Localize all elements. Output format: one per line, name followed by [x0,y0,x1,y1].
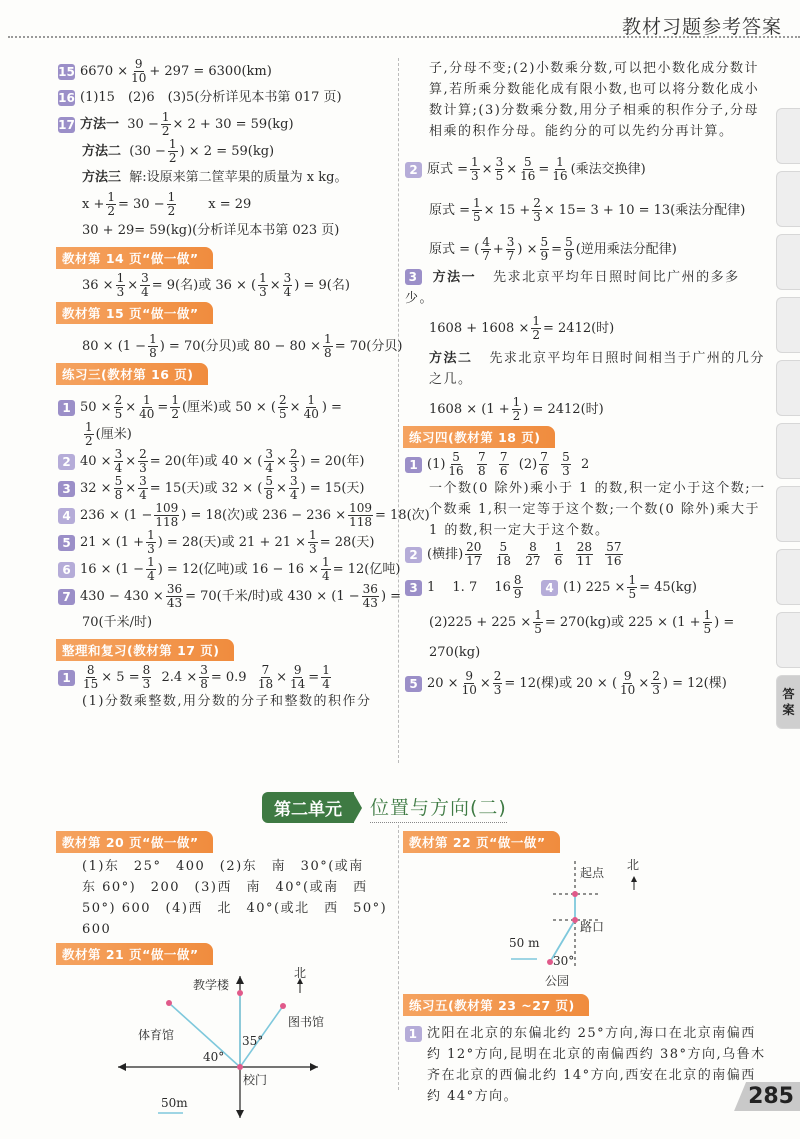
tab-label: 案 [782,702,794,718]
text: ) × [517,237,537,263]
label-angle-30: 30° [553,954,574,968]
review-paragraph-continued: 子,分母不变;(2)小数乘分数,可以把小数化成分数计算,若所乘分数能化成有限小数… [405,58,767,142]
text: ) = [381,584,401,610]
section-banner-p14: 教材第 14 页“做一做” [56,247,213,269]
review-item-2-line1: 2 原式 = 13× 35× 516= 116 (乘法交换律) [405,156,767,183]
column-divider [398,825,399,1090]
text: = [551,237,562,263]
label-teaching-building: 教学楼 [193,976,229,993]
ex3-item-6: 6 16 × (1 − 14 ) = 12(亿吨)或 16 − 16 × 14 … [58,556,390,583]
text: 原式 = [427,157,468,183]
text: (厘米) [96,422,132,448]
p15-answer: 80 × (1 − 18 ) = 70(分贝)或 80 − 80 × 18 = … [58,333,390,360]
side-tab-answers[interactable]: 答 案 [776,675,800,729]
side-tab[interactable] [776,297,800,353]
text: ) = 12(棵) [663,671,727,697]
ex3-4-badge: 4 [58,508,75,524]
fraction: 13 [258,272,268,299]
text: × 5 = [101,665,139,691]
text: = 12(棵)或 20 × ( [504,671,617,697]
fraction: 12 [106,191,116,218]
text: 1 1. 7 16 [427,575,511,601]
side-tab[interactable] [776,423,800,479]
side-tab[interactable] [776,234,800,290]
label-crossing: 路口 [580,918,604,935]
ex3-7-badge: 7 [58,589,75,605]
text: = 12(亿吨) [333,557,401,583]
text: = 30 − [118,192,165,218]
section-banner-p15: 教材第 15 页“做一做” [56,302,213,324]
text: = 270(kg)或 225 × (1 + [545,610,701,636]
ex4-item-3-4: 3 1 1. 7 16 89 4 (1) 225 × 15 = 45(kg) [405,574,767,601]
q17-number-badge: 17 [58,117,75,133]
unit-arrow-icon [354,794,362,822]
text: ) = 28(天)或 21 + 21 × [158,530,306,556]
fraction: 12 [167,191,177,218]
ex3-item-7: 7 430 − 430 × 3643 = 70(千米/时)或 430 × (1 … [58,583,390,610]
review-paragraph: (1)分数乘整数,用分数的分子和整数的积作分 [58,691,390,717]
side-tab[interactable] [776,486,800,542]
q17-method1: 17 方法一 30 − 12 × 2 + 30 = 59(kg) [58,111,390,138]
fraction: 910 [130,58,147,85]
text: (乘法交换律) [571,157,646,183]
text: (1)15 (2)6 (3)5(分析详见本书第 017 页) [80,85,342,111]
text: ) = 2412(时) [523,397,603,423]
review-item-2-line3: 原式 = ( 47+ 37 ) × 59 = 59 (逆用乘法分配律) [405,236,767,263]
text: (2) [519,452,537,478]
ex4-item-1-paragraph: 一个数(0 除外)乘小于 1 的数,积一定小于这个数;一个数乘 1,积一定等于这… [405,478,767,541]
section-banner-ex4: 练习四(教材第 18 页) [403,426,555,448]
q16-number-badge: 16 [58,90,75,106]
label-gym: 体育馆 [138,1026,174,1043]
text: = 3 + 10 = 13(乘法分配律) [575,198,745,224]
ex3-item-3: 3 32 ×58×34 = 15(天)或 32 × ( 58×34 ) = 15… [58,475,390,502]
method-label: 方法三 [82,165,121,191]
text: ) = 18(次)或 236 − 236 × [181,503,346,529]
p20-answer: (1)东 25° 400 (2)东 南 30°(或南 东 60°) 200 (3… [58,856,390,940]
side-tab[interactable] [776,171,800,227]
p22-diagram: 起点 北 路口 30° 公园 50 m [405,856,767,991]
text: (厘米)或 50 × ( [182,395,276,421]
text: 30 − [127,112,159,138]
ex5-1-text: 沈阳在北京的东偏北约 25°方向,海口在北京南偏西约 12°方向,昆明在北京的南… [427,1023,767,1107]
q15: 15 6670 × 910 + 297 = 6300(km) [58,58,390,85]
label-scale: 50m [161,1096,188,1110]
review-3-badge: 3 [405,269,422,285]
text: 236 × (1 − [80,503,152,529]
text: 原式 = ( [429,237,479,263]
text: 解:设原来第二筐苹果的质量为 x kg。 [129,165,347,191]
q17-equation: x + 12 = 30 − 12 x = 29 [58,191,390,218]
text: ) = 9(名) [294,273,350,299]
header-rule [8,36,800,38]
review-item-1: 1 815 × 5 = 83 2.4 × 38 = 0.9 718 × 914 … [58,664,390,691]
side-tab[interactable] [776,108,800,164]
text: 16 × (1 − [80,557,144,583]
text: (30 − [129,139,166,165]
ex4-item-4-wrap: 270(kg) [405,640,767,666]
ex3-1-badge: 1 [58,400,75,416]
method-label: 方法一 [80,112,119,138]
label-angle-35: 35° [242,1034,263,1048]
label-angle-40: 40° [203,1050,224,1064]
text: × [127,273,138,299]
review-item-2-line2: 原式 = 15× 15 + 23× 15 = 3 + 10 = 13(乘法分配律… [405,197,767,224]
fraction: 34 [283,272,293,299]
section-banner-p22: 教材第 22 页“做一做” [403,831,560,853]
unit-title: 第二单元 位置与方向(二) [262,792,507,823]
text: 80 × (1 − [82,334,146,360]
review-item-3-eq1: 1608 + 1608 × 12 = 2412(时) [405,315,767,342]
tab-label: 答 [782,686,794,702]
ex5-1-badge: 1 [405,1026,422,1042]
method-label: 方法二 [82,139,121,165]
q15-number-badge: 15 [58,64,75,80]
text: = 20(年)或 40 × ( [150,449,263,475]
ex4-5-badge: 5 [405,676,422,692]
ex5-item-1: 1 沈阳在北京的东偏北约 25°方向,海口在北京南偏西约 12°方向,昆明在北京… [405,1023,767,1107]
q16: 16 (1)15 (2)6 (3)5(分析详见本书第 017 页) [58,85,390,111]
review-2-badge: 2 [405,162,422,178]
ex3-item-7-wrap: 70(千米/时) [58,610,390,636]
label-scale: 50 m [509,936,539,950]
text: + 297 = 6300(km) [149,59,271,85]
q17-method3: 方法三 解:设原来第二筐苹果的质量为 x kg。 [58,165,390,191]
section-banner-p21: 教材第 21 页“做一做” [56,943,213,965]
ex4-4-badge: 4 [541,580,558,596]
ex3-item-4: 4 236 × (1 − 109118 ) = 18(次)或 236 − 236… [58,502,390,529]
label-library: 图书馆 [288,1013,324,1030]
section-banner-review: 整理和复习(教材第 17 页) [56,639,234,661]
section-banner-p20: 教材第 20 页“做一做” [56,831,213,853]
unit-name: 位置与方向(二) [370,793,507,823]
fraction: 18 [323,333,333,360]
ex3-item-2: 2 40 ×34×23 = 20(年)或 40 × ( 34×23 ) = 20… [58,448,390,475]
text: × [270,273,281,299]
q17-method2: 方法二 (30 − 12 ) × 2 = 59(kg) [58,138,390,165]
text: ) × 2 = 59(kg) [180,139,275,165]
text: × 2 + 30 = 59(kg) [173,112,294,138]
method-label: 方法二 [429,351,473,366]
review-1-badge: 1 [58,670,75,686]
text: x = 29 [208,192,251,218]
ex4-2-badge: 2 [405,547,422,563]
ex3-item-5: 5 21 × (1 + 13 ) = 28(天)或 21 + 21 × 13 =… [58,529,390,556]
fraction: 12 [168,138,178,165]
unit2-right: 教材第 22 页“做一做” 起点 北 路口 30° 公园 50 m 练习五(教材… [405,828,767,1107]
method-label: 方法一 [433,270,477,285]
text: = 28(天) [320,530,375,556]
text: ) = 20(年) [301,449,365,475]
ex4-item-5: 5 20 × 910× 23 = 12(棵)或 20 × ( 910× 23 )… [405,670,767,697]
fraction: 34 [140,272,150,299]
text: = 15(天)或 32 × ( [150,476,263,502]
text: (1) 225 × [563,575,625,601]
side-tabs: 答 案 [776,108,800,736]
text: 20 × [427,671,459,697]
text: ) = [322,395,342,421]
text: = 0.9 [211,665,247,691]
header-title: 教材习题参考答案 [622,12,782,39]
text: = 70(千米/时)或 430 × (1 − [185,584,360,610]
ex3-item-1: 1 50 ×25×140=12 (厘米)或 50 × ( 25×140 ) = [58,394,390,421]
review-item-3-method2: 方法二 先求北京平均年日照时间相当于广州的几分之几。 [405,348,767,390]
text: = [308,665,319,691]
ex4-item-1: 1 (1) 516 78 76 (2) 76 53 2 [405,451,767,478]
ex3-5-badge: 5 [58,535,75,551]
text: (逆用乘法分配律) [576,237,677,263]
text: ) = 12(亿吨)或 16 − 16 × [158,557,319,583]
unit2-left: 教材第 20 页“做一做” (1)东 25° 400 (2)东 南 30°(或南… [58,828,390,1118]
text: 36 × [82,273,114,299]
side-tab[interactable] [776,612,800,668]
text: 21 × (1 + [80,530,144,556]
text: (2)225 + 225 × [429,610,531,636]
text: 原式 = [429,198,470,224]
label-start: 起点 [580,864,604,881]
label-north: 北 [294,964,306,981]
fraction: 12 [161,111,171,138]
text: 2 [581,452,589,478]
text: ) = 70(分贝)或 80 − 80 × [160,334,321,360]
side-tab[interactable] [776,549,800,605]
section-banner-ex5: 练习五(教材第 23 ~27 页) [403,994,589,1016]
label-gate: 校门 [243,1071,267,1088]
side-tab[interactable] [776,360,800,416]
text: ) = 15(天) [301,476,365,502]
fraction: 13 [116,272,126,299]
text: ) = [714,610,734,636]
text: = 45(kg) [639,575,697,601]
label-park: 公园 [545,972,569,989]
review-item-3-eq2: 1608 × (1 + 12 ) = 2412(时) [405,396,767,423]
text: = 70(分贝) [335,334,403,360]
right-column: 子,分母不变;(2)小数乘分数,可以把小数化成分数计算,若所乘分数能化成有限小数… [405,58,767,697]
text: (1) [427,452,445,478]
review-item-3-method1: 3 方法一 先求北京平均年日照时间比广州的多多少。 [405,267,767,309]
p21-diagram: 教学楼 北 图书馆 体育馆 校门 35° 40° 50m [58,968,390,1118]
ex3-6-badge: 6 [58,562,75,578]
unit-tag: 第二单元 [262,792,354,823]
text: = 2412(时) [543,316,614,342]
ex3-item-1-wrap: 12(厘米) [58,421,390,448]
ex3-2-badge: 2 [58,454,75,470]
ex4-item-4-part2: (2)225 + 225 × 15 = 270(kg)或 225 × (1 + … [405,609,767,636]
text: (横排) [427,542,463,568]
left-column: 15 6670 × 910 + 297 = 6300(km) 16 (1)15 … [58,58,390,717]
p14-answer: 36 × 13 × 34 = 9(名)或 36 × ( 13 × 34 ) = … [58,272,390,299]
text: x + [82,192,104,218]
ex4-1-badge: 1 [405,457,422,473]
text: 先求北京平均年日照时间相当于广州的几分之几。 [429,351,765,387]
ex4-item-2: 2 (横排) 2017 518 827 16 2811 5716 [405,541,767,568]
label-north: 北 [627,856,639,873]
text: = 9(名)或 36 × ( [152,273,256,299]
ex3-3-badge: 3 [58,481,75,497]
text: 1608 × (1 + [429,397,510,423]
text: 1608 + 1608 × [429,316,529,342]
ex4-3-badge: 3 [405,580,422,596]
fraction: 18 [148,333,158,360]
q17-check: 30 + 29= 59(kg)(分析详见本书第 023 页) [58,218,390,244]
text: 430 − 430 × [80,584,164,610]
text: 6670 × [80,59,128,85]
column-divider [398,58,399,763]
text: × [276,665,287,691]
text: 2.4 × [162,665,198,691]
section-banner-ex3: 练习三(教材第 16 页) [56,363,208,385]
